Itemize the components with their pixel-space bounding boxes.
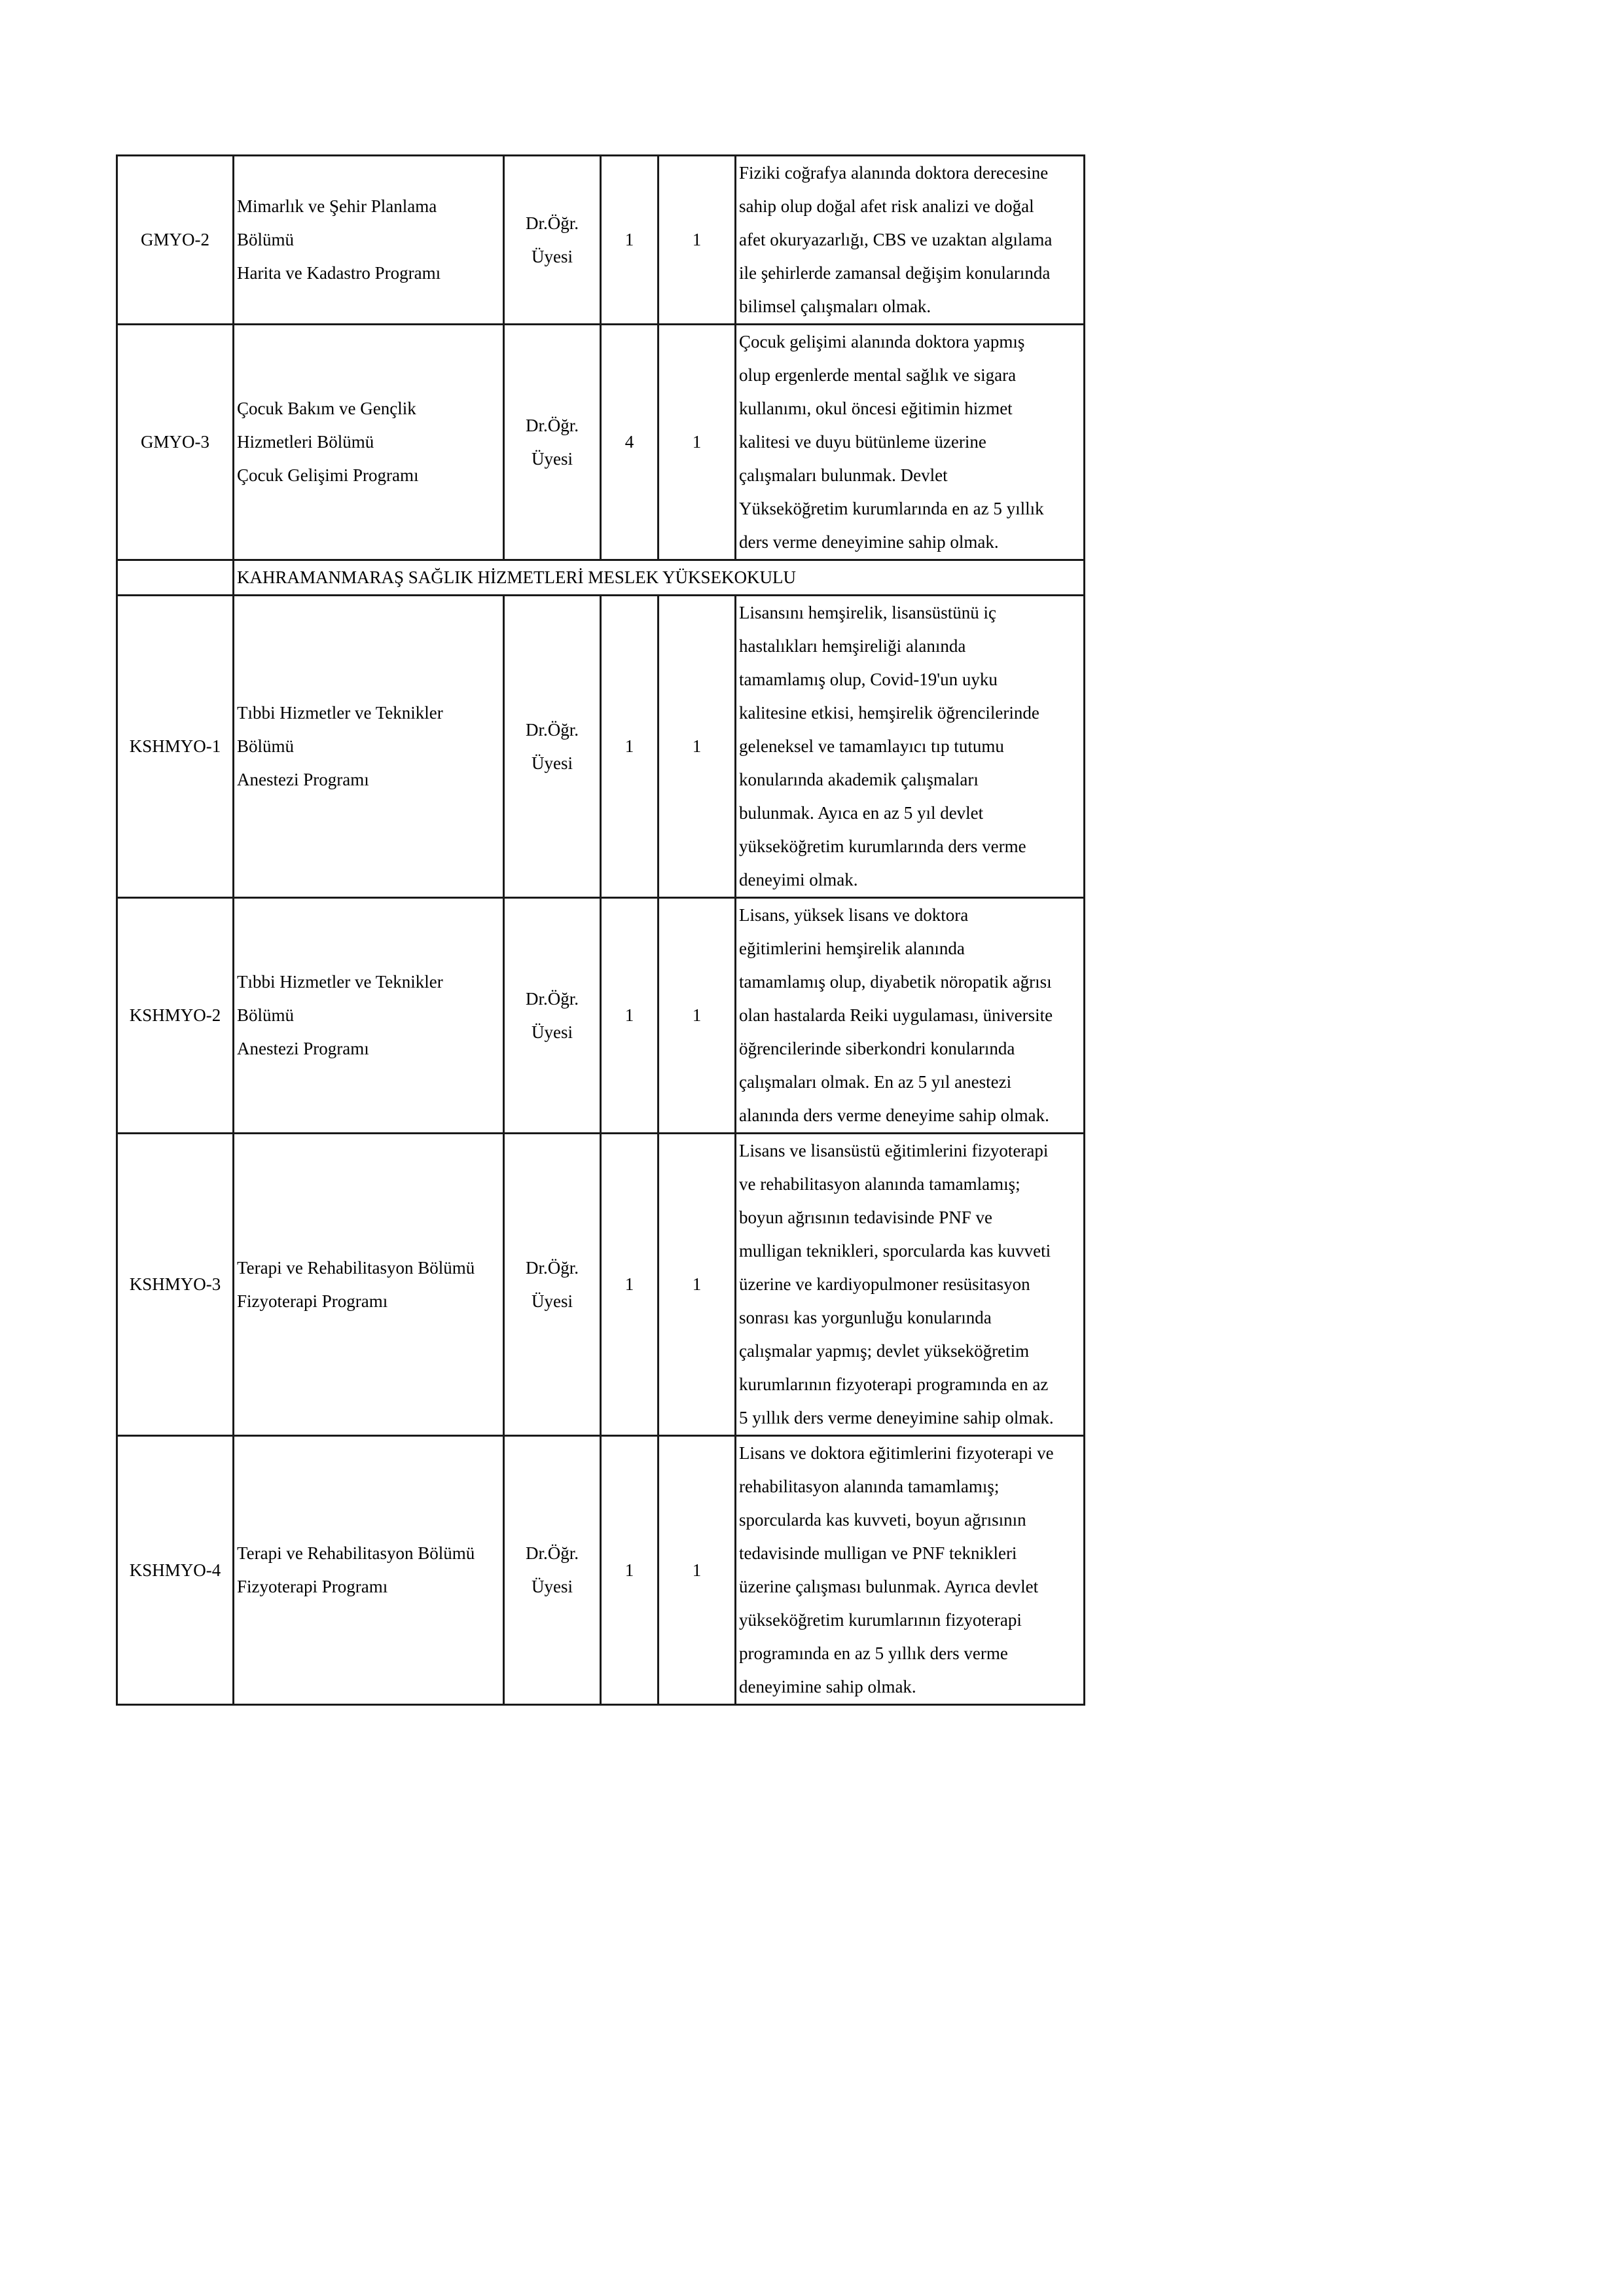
requirements-cell: Lisans ve doktora eğitimlerini fizyotera… <box>736 1436 1085 1705</box>
academic-title-line: Üyesi <box>507 1285 597 1318</box>
academic-title-line: Dr.Öğr. <box>507 1537 597 1570</box>
requirement-line: boyun ağrısının tedavisinde PNF ve <box>739 1201 1081 1234</box>
requirement-line: olan hastalarda Reiki uygulaması, üniver… <box>739 999 1081 1032</box>
cadre-degree: 1 <box>601 1436 659 1705</box>
requirements-cell: Lisans, yüksek lisans ve doktoraeğitimle… <box>736 898 1085 1134</box>
requirements-cell: Lisansını hemşirelik, lisansüstünü içhas… <box>736 596 1085 898</box>
requirement-line: tedavisinde mulligan ve PNF teknikleri <box>739 1537 1081 1570</box>
requirement-line: Çocuk gelişimi alanında doktora yapmış <box>739 325 1081 359</box>
department-line: Anestezi Programı <box>237 763 500 797</box>
requirement-line: geleneksel ve tamamlayıcı tıp tutumu <box>739 730 1081 763</box>
requirement-line: bilimsel çalışmaları olmak. <box>739 290 1081 323</box>
table-row: GMYO-2Mimarlık ve Şehir PlanlamaBölümüHa… <box>117 156 1085 325</box>
requirement-line: sonrası kas yorgunluğu konularında <box>739 1301 1081 1335</box>
requirement-line: çalışmaları bulunmak. Devlet <box>739 459 1081 492</box>
position-count: 1 <box>659 1436 736 1705</box>
position-code: KSHMYO-3 <box>117 1134 234 1436</box>
academic-title-cell: Dr.Öğr.Üyesi <box>504 596 601 898</box>
cadre-degree: 1 <box>601 596 659 898</box>
requirement-line: tamamlamış olup, diyabetik nöropatik ağr… <box>739 965 1081 999</box>
academic-title-line: Dr.Öğr. <box>507 982 597 1016</box>
requirement-line: sporcularda kas kuvveti, boyun ağrısının <box>739 1503 1081 1537</box>
requirement-line: çalışmaları olmak. En az 5 yıl anestezi <box>739 1066 1081 1099</box>
table-row: KSHMYO-2Tıbbi Hizmetler ve TekniklerBölü… <box>117 898 1085 1134</box>
department-line: Harita ve Kadastro Programı <box>237 257 500 290</box>
requirement-line: mulligan teknikleri, sporcularda kas kuv… <box>739 1234 1081 1268</box>
academic-title-line: Üyesi <box>507 240 597 274</box>
department-cell: Mimarlık ve Şehir PlanlamaBölümüHarita v… <box>234 156 504 325</box>
department-cell: Terapi ve Rehabilitasyon BölümüFizyotera… <box>234 1436 504 1705</box>
department-line: Mimarlık ve Şehir Planlama <box>237 190 500 223</box>
requirement-line: deneyimi olmak. <box>739 863 1081 897</box>
cadre-degree: 4 <box>601 325 659 560</box>
requirement-line: bulunmak. Ayıca en az 5 yıl devlet <box>739 797 1081 830</box>
requirement-line: Lisans ve doktora eğitimlerini fizyotera… <box>739 1437 1081 1470</box>
requirement-line: programında en az 5 yıllık ders verme <box>739 1637 1081 1670</box>
department-line: Bölümü <box>237 223 500 257</box>
department-line: Anestezi Programı <box>237 1032 500 1066</box>
department-cell: Tıbbi Hizmetler ve TekniklerBölümüAneste… <box>234 596 504 898</box>
position-count: 1 <box>659 596 736 898</box>
requirement-line: kullanımı, okul öncesi eğitimin hizmet <box>739 392 1081 425</box>
requirement-line: Fiziki coğrafya alanında doktora dereces… <box>739 156 1081 190</box>
table-row: GMYO-3Çocuk Bakım ve GençlikHizmetleri B… <box>117 325 1085 560</box>
requirement-line: üzerine çalışması bulunmak. Ayrıca devle… <box>739 1570 1081 1604</box>
requirements-cell: Fiziki coğrafya alanında doktora dereces… <box>736 156 1085 325</box>
academic-title-line: Dr.Öğr. <box>507 207 597 240</box>
academic-title-line: Üyesi <box>507 1570 597 1604</box>
requirement-line: eğitimlerini hemşirelik alanında <box>739 932 1081 965</box>
requirements-cell: Çocuk gelişimi alanında doktora yapmışol… <box>736 325 1085 560</box>
requirement-line: kurumlarının fizyoterapi programında en … <box>739 1368 1081 1401</box>
position-code: GMYO-3 <box>117 325 234 560</box>
academic-title-cell: Dr.Öğr.Üyesi <box>504 325 601 560</box>
requirement-line: ile şehirlerde zamansal değişim konuları… <box>739 257 1081 290</box>
academic-title-cell: Dr.Öğr.Üyesi <box>504 156 601 325</box>
requirement-line: afet okuryazarlığı, CBS ve uzaktan algıl… <box>739 223 1081 257</box>
requirement-line: sahip olup doğal afet risk analizi ve do… <box>739 190 1081 223</box>
department-line: Bölümü <box>237 730 500 763</box>
department-line: Tıbbi Hizmetler ve Teknikler <box>237 696 500 730</box>
cadre-degree: 1 <box>601 898 659 1134</box>
table-row: KSHMYO-1Tıbbi Hizmetler ve TekniklerBölü… <box>117 596 1085 898</box>
position-count: 1 <box>659 325 736 560</box>
position-code: GMYO-2 <box>117 156 234 325</box>
position-code: KSHMYO-4 <box>117 1436 234 1705</box>
academic-title-line: Dr.Öğr. <box>507 713 597 747</box>
academic-title-line: Üyesi <box>507 442 597 476</box>
requirement-line: öğrencilerinde siberkondri konularında <box>739 1032 1081 1066</box>
requirement-line: deneyimine sahip olmak. <box>739 1670 1081 1704</box>
academic-title-cell: Dr.Öğr.Üyesi <box>504 1134 601 1436</box>
requirement-line: konularında akademik çalışmaları <box>739 763 1081 797</box>
requirement-line: yükseköğretim kurumlarında ders verme <box>739 830 1081 863</box>
department-cell: Çocuk Bakım ve GençlikHizmetleri BölümüÇ… <box>234 325 504 560</box>
section-header-row: KAHRAMANMARAŞ SAĞLIK HİZMETLERİ MESLEK Y… <box>117 560 1085 596</box>
requirement-line: kalitesine etkisi, hemşirelik öğrenciler… <box>739 696 1081 730</box>
table-row: KSHMYO-3Terapi ve Rehabilitasyon BölümüF… <box>117 1134 1085 1436</box>
requirement-line: çalışmalar yapmış; devlet yükseköğretim <box>739 1335 1081 1368</box>
positions-table-body: GMYO-2Mimarlık ve Şehir PlanlamaBölümüHa… <box>117 156 1085 1705</box>
department-line: Fizyoterapi Programı <box>237 1570 500 1604</box>
requirement-line: kalitesi ve duyu bütünleme üzerine <box>739 425 1081 459</box>
requirement-line: rehabilitasyon alanında tamamlamış; <box>739 1470 1081 1503</box>
requirement-line: Lisansını hemşirelik, lisansüstünü iç <box>739 596 1081 630</box>
department-line: Bölümü <box>237 999 500 1032</box>
position-count: 1 <box>659 156 736 325</box>
requirement-line: Lisans ve lisansüstü eğitimlerini fizyot… <box>739 1134 1081 1168</box>
department-line: Çocuk Gelişimi Programı <box>237 459 500 492</box>
department-line: Fizyoterapi Programı <box>237 1285 500 1318</box>
requirement-line: Lisans, yüksek lisans ve doktora <box>739 899 1081 932</box>
requirement-line: tamamlamış olup, Covid-19'un uyku <box>739 663 1081 696</box>
department-cell: Terapi ve Rehabilitasyon BölümüFizyotera… <box>234 1134 504 1436</box>
academic-title-cell: Dr.Öğr.Üyesi <box>504 1436 601 1705</box>
table-row: KSHMYO-4Terapi ve Rehabilitasyon BölümüF… <box>117 1436 1085 1705</box>
requirement-line: hastalıkları hemşireliği alanında <box>739 630 1081 663</box>
academic-title-line: Üyesi <box>507 1016 597 1049</box>
requirement-line: yükseköğretim kurumlarının fizyoterapi <box>739 1604 1081 1637</box>
requirements-cell: Lisans ve lisansüstü eğitimlerini fizyot… <box>736 1134 1085 1436</box>
department-line: Terapi ve Rehabilitasyon Bölümü <box>237 1251 500 1285</box>
requirement-line: 5 yıllık ders verme deneyimine sahip olm… <box>739 1401 1081 1435</box>
positions-table: GMYO-2Mimarlık ve Şehir PlanlamaBölümüHa… <box>116 154 1085 1706</box>
department-cell: Tıbbi Hizmetler ve TekniklerBölümüAneste… <box>234 898 504 1134</box>
cadre-degree: 1 <box>601 1134 659 1436</box>
requirement-line: üzerine ve kardiyopulmoner resüsitasyon <box>739 1268 1081 1301</box>
academic-title-line: Dr.Öğr. <box>507 409 597 442</box>
cadre-degree: 1 <box>601 156 659 325</box>
department-line: Tıbbi Hizmetler ve Teknikler <box>237 965 500 999</box>
requirement-line: alanında ders verme deneyime sahip olmak… <box>739 1099 1081 1132</box>
department-line: Hizmetleri Bölümü <box>237 425 500 459</box>
requirement-line: olup ergenlerde mental sağlık ve sigara <box>739 359 1081 392</box>
department-line: Çocuk Bakım ve Gençlik <box>237 392 500 425</box>
academic-title-line: Dr.Öğr. <box>507 1251 597 1285</box>
requirement-line: ve rehabilitasyon alanında tamamlamış; <box>739 1168 1081 1201</box>
academic-title-cell: Dr.Öğr.Üyesi <box>504 898 601 1134</box>
academic-title-line: Üyesi <box>507 747 597 780</box>
section-empty-cell <box>117 560 234 596</box>
requirement-line: Yükseköğretim kurumlarında en az 5 yıllı… <box>739 492 1081 526</box>
position-code: KSHMYO-2 <box>117 898 234 1134</box>
department-line: Terapi ve Rehabilitasyon Bölümü <box>237 1537 500 1570</box>
position-code: KSHMYO-1 <box>117 596 234 898</box>
section-title: KAHRAMANMARAŞ SAĞLIK HİZMETLERİ MESLEK Y… <box>234 560 1085 596</box>
requirement-line: ders verme deneyimine sahip olmak. <box>739 526 1081 559</box>
position-count: 1 <box>659 898 736 1134</box>
position-count: 1 <box>659 1134 736 1436</box>
